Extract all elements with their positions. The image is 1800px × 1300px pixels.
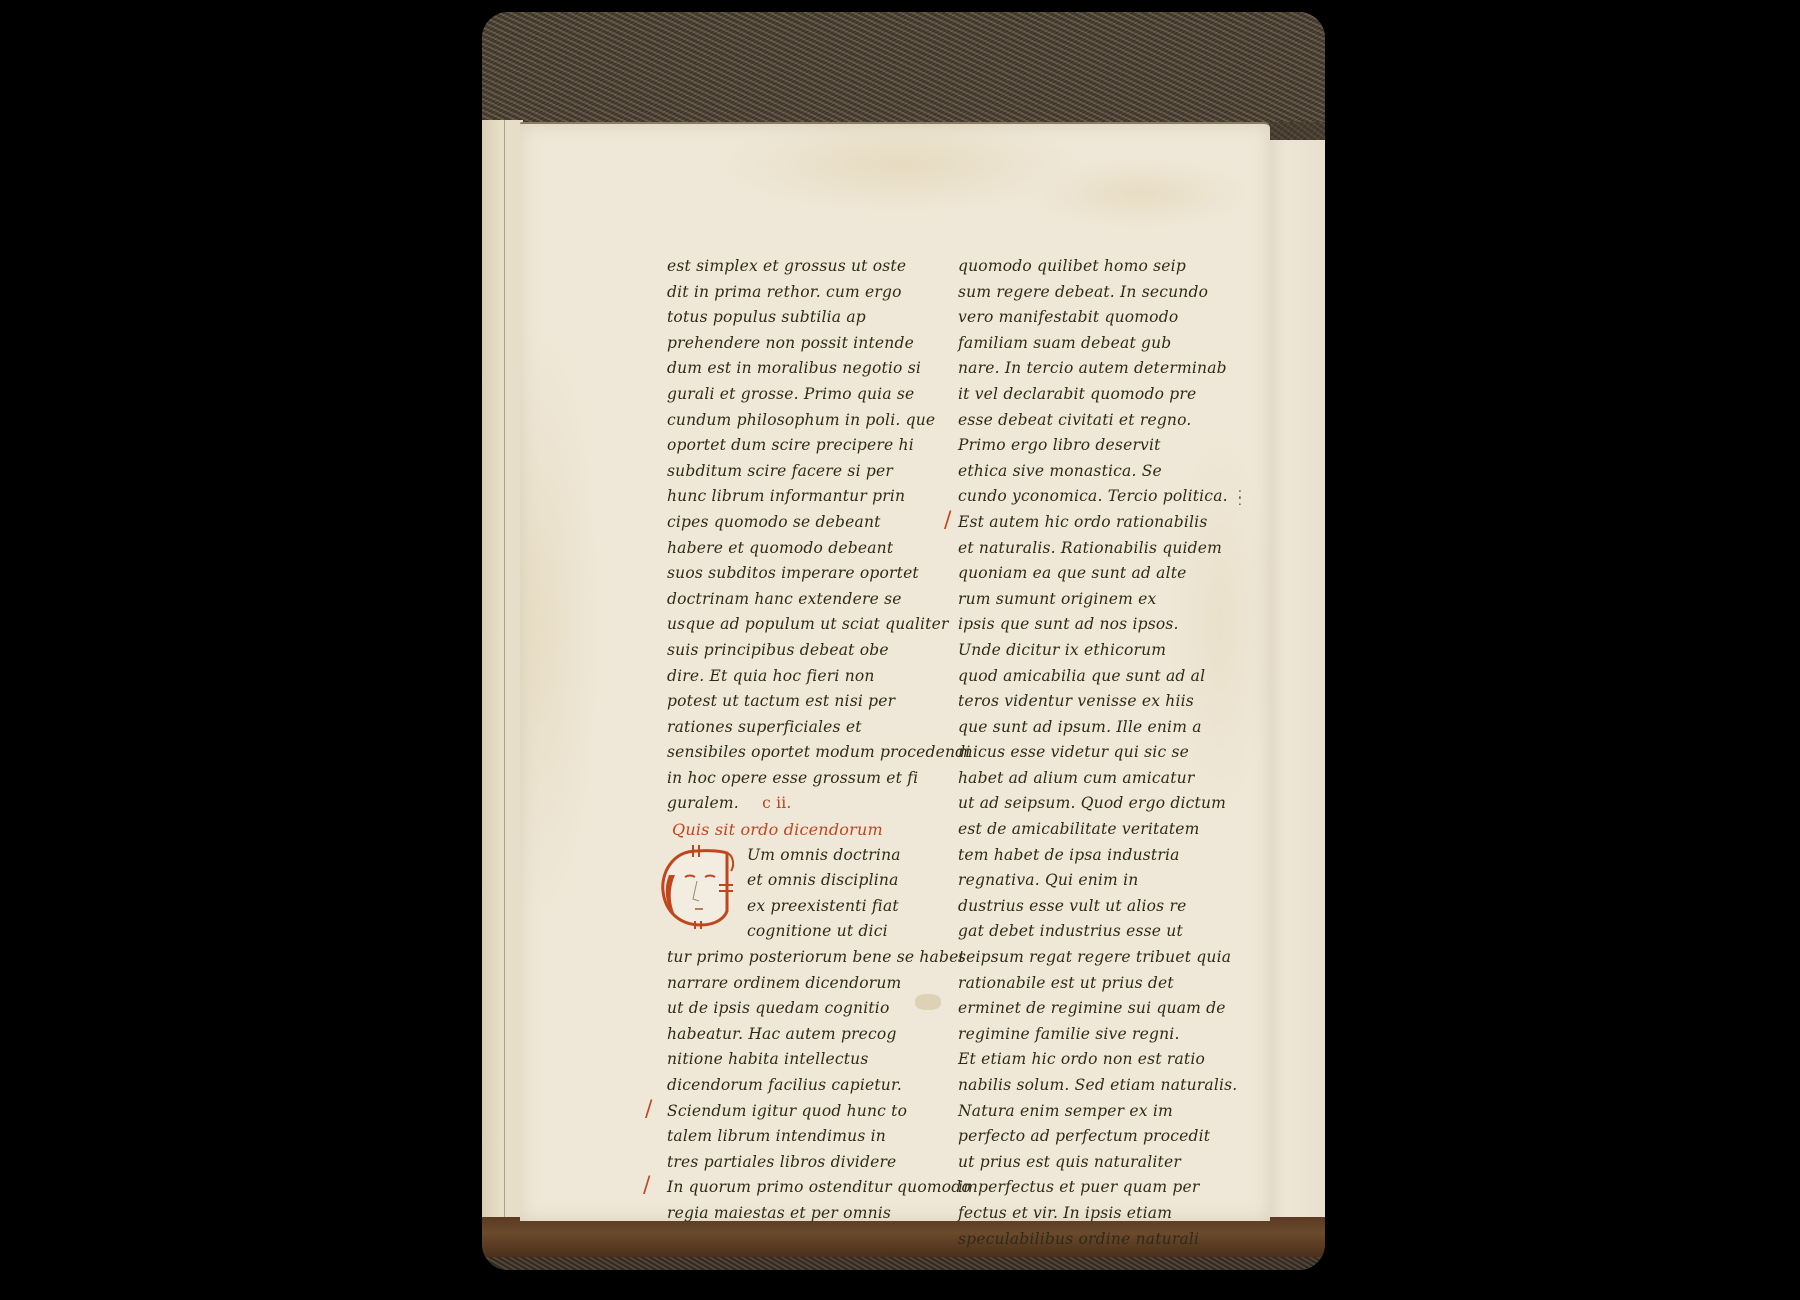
- text-line: narrare ordinem dicendorum: [667, 971, 902, 997]
- text-line: nabilis solum. Sed etiam naturalis.: [958, 1073, 1198, 1099]
- text-line: perfecto ad perfectum procedit: [958, 1124, 1198, 1150]
- text-line: totus populus subtilia ap: [667, 305, 902, 331]
- text-line: regimine familie sive regni.: [958, 1022, 1198, 1048]
- text-line: esse debeat civitati et regno.: [958, 408, 1198, 434]
- text-line: dit in prima rethor. cum ergo: [667, 280, 902, 306]
- margin-annotation-dots: ⁚⁚: [1238, 492, 1242, 504]
- text-line: habere et quomodo debeant: [667, 536, 902, 562]
- text-line: dire. Et quia hoc fieri non: [667, 664, 902, 690]
- decorated-initial-paragraph: Um omnis doctrina et omnis disciplina ex…: [667, 843, 902, 945]
- text-line: regia maiestas et per omnis: [667, 1201, 902, 1227]
- historiated-initial-face-icon: [657, 845, 735, 929]
- text-line: est simplex et grossus ut oste: [667, 254, 902, 280]
- text-line: it vel declarabit quomodo pre: [958, 382, 1198, 408]
- text-line: quod amicabilia que sunt ad al: [958, 664, 1198, 690]
- text-fragment: Est autem hic ordo rationabilis: [958, 513, 1208, 531]
- text-line: ethica sive monastica. Se: [958, 459, 1198, 485]
- left-column-text-block: est simplex et grossus ut oste dit in pr…: [667, 254, 902, 817]
- text-line: in hoc opere esse grossum et fi: [667, 766, 902, 792]
- manuscript-page: ⁚⁚ est simplex et grossus ut oste dit in…: [520, 122, 1270, 1221]
- text-line: prehendere non possit intende: [667, 331, 902, 357]
- text-line: tres partiales libros dividere: [667, 1150, 902, 1176]
- text-line: cundo yconomica. Tercio politica.: [958, 484, 1198, 510]
- text-line-with-chapter-marker: guralem. c ii.: [667, 791, 902, 817]
- binding-leather-top: [482, 12, 1325, 122]
- text-line: seipsum regat regere tribuet quia: [958, 945, 1198, 971]
- text-line: rum sumunt originem ex: [958, 587, 1198, 613]
- text-line: cipes quomodo se debeant: [667, 510, 902, 536]
- text-line: erminet de regimine sui quam de: [958, 996, 1198, 1022]
- text-line: sensibiles oportet modum procedendi: [667, 740, 902, 766]
- text-line: Natura enim semper ex im: [958, 1099, 1198, 1125]
- text-line: dum est in moralibus negotio si: [667, 356, 902, 382]
- text-line: subditum scire facere si per: [667, 459, 902, 485]
- text-line-with-paragraph-mark: / In quorum primo ostenditur quomodo: [667, 1175, 902, 1201]
- text-line: potest ut tactum est nisi per: [667, 689, 902, 715]
- chapter-marker: c ii.: [762, 794, 791, 812]
- text-line-with-paragraph-mark: / Sciendum igitur quod hunc to: [667, 1099, 902, 1125]
- text-line: teros videntur venisse ex hiis: [958, 689, 1198, 715]
- paragraph-mark-icon: /: [944, 508, 952, 534]
- text-line: ut ad seipsum. Quod ergo dictum: [958, 791, 1198, 817]
- text-line: quoniam ea que sunt ad alte: [958, 561, 1198, 587]
- text-line: oportet dum scire precipere hi: [667, 433, 902, 459]
- text-line: regnativa. Qui enim in: [958, 868, 1198, 894]
- text-line: ut de ipsis quedam cognitio: [667, 996, 902, 1022]
- text-fragment: Sciendum igitur quod hunc to: [667, 1102, 907, 1120]
- rubric-heading: Quis sit ordo dicendorum: [672, 817, 902, 843]
- text-fragment: guralem.: [667, 794, 739, 812]
- text-line-with-paragraph-mark: / Est autem hic ordo rationabilis: [958, 510, 1198, 536]
- text-line: Et etiam hic ordo non est ratio: [958, 1047, 1198, 1073]
- text-line: familiam suam debeat gub: [958, 331, 1198, 357]
- text-line: Um omnis doctrina: [747, 843, 902, 869]
- text-line: sum regere debeat. In secundo: [958, 280, 1198, 306]
- text-line: rationes superficiales et: [667, 715, 902, 741]
- next-leaf-edge: [1268, 140, 1325, 1220]
- text-line: usque ad populum ut sciat qualiter: [667, 612, 902, 638]
- text-line: et naturalis. Rationabilis quidem: [958, 536, 1198, 562]
- text-line: nitione habita intellectus: [667, 1047, 902, 1073]
- binding-board-bottom: [482, 1257, 1325, 1270]
- text-line: rationabile est ut prius det: [958, 971, 1198, 997]
- text-line: dicendorum facilius capietur.: [667, 1073, 902, 1099]
- text-line: micus esse videtur qui sic se: [958, 740, 1198, 766]
- paragraph-mark-icon: /: [645, 1097, 653, 1123]
- text-line: tem habet de ipsa industria: [958, 843, 1198, 869]
- text-line: ut prius est quis naturaliter: [958, 1150, 1198, 1176]
- manuscript-photo: ⁚⁚ est simplex et grossus ut oste dit in…: [482, 12, 1325, 1270]
- ink-stain: [915, 994, 941, 1010]
- text-line: talem librum intendimus in: [667, 1124, 902, 1150]
- text-line: tur primo posteriorum bene se habet: [667, 945, 902, 971]
- paragraph-mark-icon: /: [643, 1173, 651, 1199]
- left-column: est simplex et grossus ut oste dit in pr…: [667, 254, 902, 1227]
- text-line: cognitione ut dici: [747, 919, 902, 945]
- text-line: fectus et vir. In ipsis etiam: [958, 1201, 1198, 1227]
- text-line: Primo ergo libro deservit: [958, 433, 1198, 459]
- text-line: doctrinam hanc extendere se: [667, 587, 902, 613]
- text-line: ipsis que sunt ad nos ipsos.: [958, 612, 1198, 638]
- text-line: habeatur. Hac autem precog: [667, 1022, 902, 1048]
- text-line: ex preexistenti fiat: [747, 894, 902, 920]
- text-line: nare. In tercio autem determinab: [958, 356, 1198, 382]
- text-line: Unde dicitur ix ethicorum: [958, 638, 1198, 664]
- text-line: vero manifestabit quomodo: [958, 305, 1198, 331]
- left-column-continuation: tur primo posteriorum bene se habet narr…: [667, 945, 902, 1227]
- text-line: habet ad alium cum amicatur: [958, 766, 1198, 792]
- text-line: et omnis disciplina: [747, 868, 902, 894]
- text-line: cundum philosophum in poli. que: [667, 408, 902, 434]
- text-line: imperfectus et puer quam per: [958, 1175, 1198, 1201]
- text-line: speculabilibus ordine naturali: [958, 1227, 1198, 1253]
- text-line: suos subditos imperare oportet: [667, 561, 902, 587]
- right-column: quomodo quilibet homo seip sum regere de…: [958, 254, 1198, 1252]
- text-line: dustrius esse vult ut alios re: [958, 894, 1198, 920]
- text-line: est de amicabilitate veritatem: [958, 817, 1198, 843]
- text-line: gurali et grosse. Primo quia se: [667, 382, 902, 408]
- text-line: que sunt ad ipsum. Ille enim a: [958, 715, 1198, 741]
- text-fragment: In quorum primo ostenditur quomodo: [667, 1178, 971, 1196]
- text-line: gat debet industrius esse ut: [958, 919, 1198, 945]
- text-line: suis principibus debeat obe: [667, 638, 902, 664]
- text-line: hunc librum informantur prin: [667, 484, 902, 510]
- text-line: quomodo quilibet homo seip: [958, 254, 1198, 280]
